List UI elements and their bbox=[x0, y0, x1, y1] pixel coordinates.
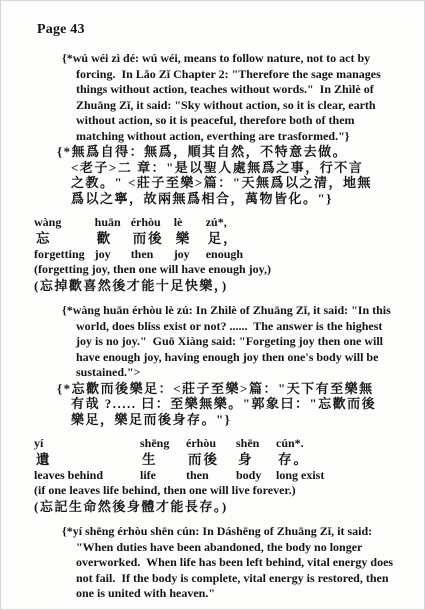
footnote-yi-sheng-erhou-shen-cun: {*yí shēng érhòu shēn cún: In Dáshēng of… bbox=[62, 524, 418, 602]
interlinear-word-column: wàng忘forgetting bbox=[34, 215, 85, 262]
hanzi-text: 歡 bbox=[95, 230, 121, 247]
gloss-text: long exist bbox=[276, 468, 324, 483]
hanzi-text: 存。 bbox=[276, 451, 324, 468]
text-line: have enough joy, having enough joy then … bbox=[62, 350, 418, 366]
interlinear-word-column: huān歡joy bbox=[95, 215, 121, 262]
interlinear-word-columns: yí遺leaves behindshēng生lifeérhòu而後thenshē… bbox=[34, 436, 418, 483]
text-line: {*wàng huān érhòu lè zú: In Zhìlè of Zhu… bbox=[62, 303, 418, 319]
pinyin-text: érhòu bbox=[131, 215, 164, 230]
pinyin-text: wàng bbox=[34, 215, 85, 230]
footnote-english-text: {*wàng huān érhòu lè zú: In Zhìlè of Zhu… bbox=[62, 303, 418, 381]
text-line: {*無爲自得：無爲，順其自然，不特意去做。 bbox=[57, 144, 418, 160]
pinyin-text: huān bbox=[95, 215, 121, 230]
pinyin-text: cún*. bbox=[276, 436, 324, 451]
gloss-text: then bbox=[131, 247, 164, 262]
text-line: matching without action, everthing are t… bbox=[62, 129, 418, 145]
text-line: not fail. If the body is complete, vital… bbox=[62, 571, 418, 587]
text-line: without action, so it is peaceful, there… bbox=[62, 113, 418, 129]
scanned-book-page: Page 43 {*wú wéi zì dé: wú wéi, means to… bbox=[0, 0, 425, 610]
footnote-english-text: {*wú wéi zì dé: wú wéi, means to follow … bbox=[62, 51, 418, 144]
text-line: one is united with heaven." bbox=[62, 586, 418, 602]
text-line: forcing. In Lǎo Zǐ Chapter 2: "Therefore… bbox=[62, 67, 418, 83]
gloss-text: joy bbox=[95, 247, 121, 262]
text-line: world, does bliss exist or not? ...... T… bbox=[62, 319, 418, 335]
footnote-wang-huan-erhou-le-zu: {*wàng huān érhòu lè zú: In Zhìlè of Zhu… bbox=[62, 303, 418, 427]
hanzi-text: 足， bbox=[206, 230, 243, 247]
interlinear-word-column: shēn身body bbox=[236, 436, 266, 483]
text-line: joy is no joy." Guō Xiàng said: "Forgeti… bbox=[62, 334, 418, 350]
text-line: "When duties have been abandoned, the bo… bbox=[62, 540, 418, 556]
gloss-text: joy bbox=[174, 247, 196, 262]
footnote-english-text: {*yí shēng érhòu shēn cún: In Dáshēng of… bbox=[62, 524, 418, 602]
pinyin-text: lè bbox=[174, 215, 196, 230]
gloss-text: body bbox=[236, 468, 266, 483]
text-line: overworked. When life has been left behi… bbox=[62, 555, 418, 571]
interlinear-word-column: érhòu而後then bbox=[186, 436, 226, 483]
footnote-wu-wei-zi-de: {*wú wéi zì dé: wú wéi, means to follow … bbox=[62, 51, 418, 206]
verse-chinese-translation: (忘記生命然後身體才能長存。) bbox=[34, 499, 418, 516]
text-line: 爲以之寧，故兩無爲相合，萬物皆化。"} bbox=[57, 191, 418, 207]
footnote-chinese-text: {*忘歡而後樂足：<莊子至樂>篇："天下有至樂無有哉 ?..... 曰：至樂無樂… bbox=[57, 381, 418, 428]
gloss-text: life bbox=[140, 468, 176, 483]
gloss-text: leaves behind bbox=[34, 468, 130, 483]
hanzi-text: 樂 bbox=[174, 230, 196, 247]
verse-wang-huan-erhou-le-zu: wàng忘forgettinghuān歡joyérhòu而後thenlè樂joy… bbox=[34, 215, 418, 294]
gloss-text: enough bbox=[206, 247, 243, 262]
gloss-text: then bbox=[186, 468, 226, 483]
interlinear-word-column: cún*.存。long exist bbox=[276, 436, 324, 483]
pinyin-text: shēn bbox=[236, 436, 266, 451]
interlinear-word-column: zú*,足，enough bbox=[206, 215, 243, 262]
hanzi-text: 遺 bbox=[34, 451, 130, 468]
text-line: Zhuāng Zǐ, it said: "Sky without action,… bbox=[62, 98, 418, 114]
interlinear-word-column: shēng生life bbox=[140, 436, 176, 483]
verse-yi-sheng-erhou-shen-cun: yí遺leaves behindshēng生lifeérhòu而後thenshē… bbox=[34, 436, 418, 515]
hanzi-text: 生 bbox=[140, 451, 176, 468]
text-line: <老子>二 章："是以聖人處無爲之事，行不言 bbox=[57, 160, 418, 176]
hanzi-text: 忘 bbox=[34, 230, 85, 247]
interlinear-word-column: lè樂joy bbox=[174, 215, 196, 262]
pinyin-text: zú*, bbox=[206, 215, 243, 230]
text-line: 之教。" <莊子至樂>篇："天無爲以之清，地無 bbox=[57, 175, 418, 191]
text-line: {*yí shēng érhòu shēn cún: In Dáshēng of… bbox=[62, 524, 418, 540]
interlinear-word-columns: wàng忘forgettinghuān歡joyérhòu而後thenlè樂joy… bbox=[34, 215, 418, 262]
text-line: things without action, teaches without w… bbox=[62, 82, 418, 98]
text-line: {*wú wéi zì dé: wú wéi, means to follow … bbox=[62, 51, 418, 67]
pinyin-text: shēng bbox=[140, 436, 176, 451]
text-line: 有哉 ?..... 曰：至樂無樂。"郭象曰："忘歡而後 bbox=[57, 396, 418, 412]
interlinear-word-column: yí遺leaves behind bbox=[34, 436, 130, 483]
hanzi-text: 而後 bbox=[186, 451, 226, 468]
gloss-text: forgetting bbox=[34, 247, 85, 262]
text-line: sustained."> bbox=[62, 365, 418, 381]
page-number-label: Page 43 bbox=[37, 22, 418, 38]
pinyin-text: érhòu bbox=[186, 436, 226, 451]
interlinear-word-column: érhòu而後then bbox=[131, 215, 164, 262]
hanzi-text: 身 bbox=[236, 451, 266, 468]
verse-chinese-translation: (忘掉歡喜然後才能十足快樂，) bbox=[34, 278, 418, 295]
text-line: 樂足，樂足而後身存。"} bbox=[57, 412, 418, 428]
text-line: {*忘歡而後樂足：<莊子至樂>篇："天下有至樂無 bbox=[57, 381, 418, 397]
verse-english-translation: (forgetting joy, then one will have enou… bbox=[34, 262, 418, 278]
hanzi-text: 而後 bbox=[131, 230, 164, 247]
verse-english-translation: (if one leaves life behind, then one wil… bbox=[34, 483, 418, 499]
pinyin-text: yí bbox=[34, 436, 130, 451]
footnote-chinese-text: {*無爲自得：無爲，順其自然，不特意去做。<老子>二 章："是以聖人處無爲之事，… bbox=[57, 144, 418, 206]
